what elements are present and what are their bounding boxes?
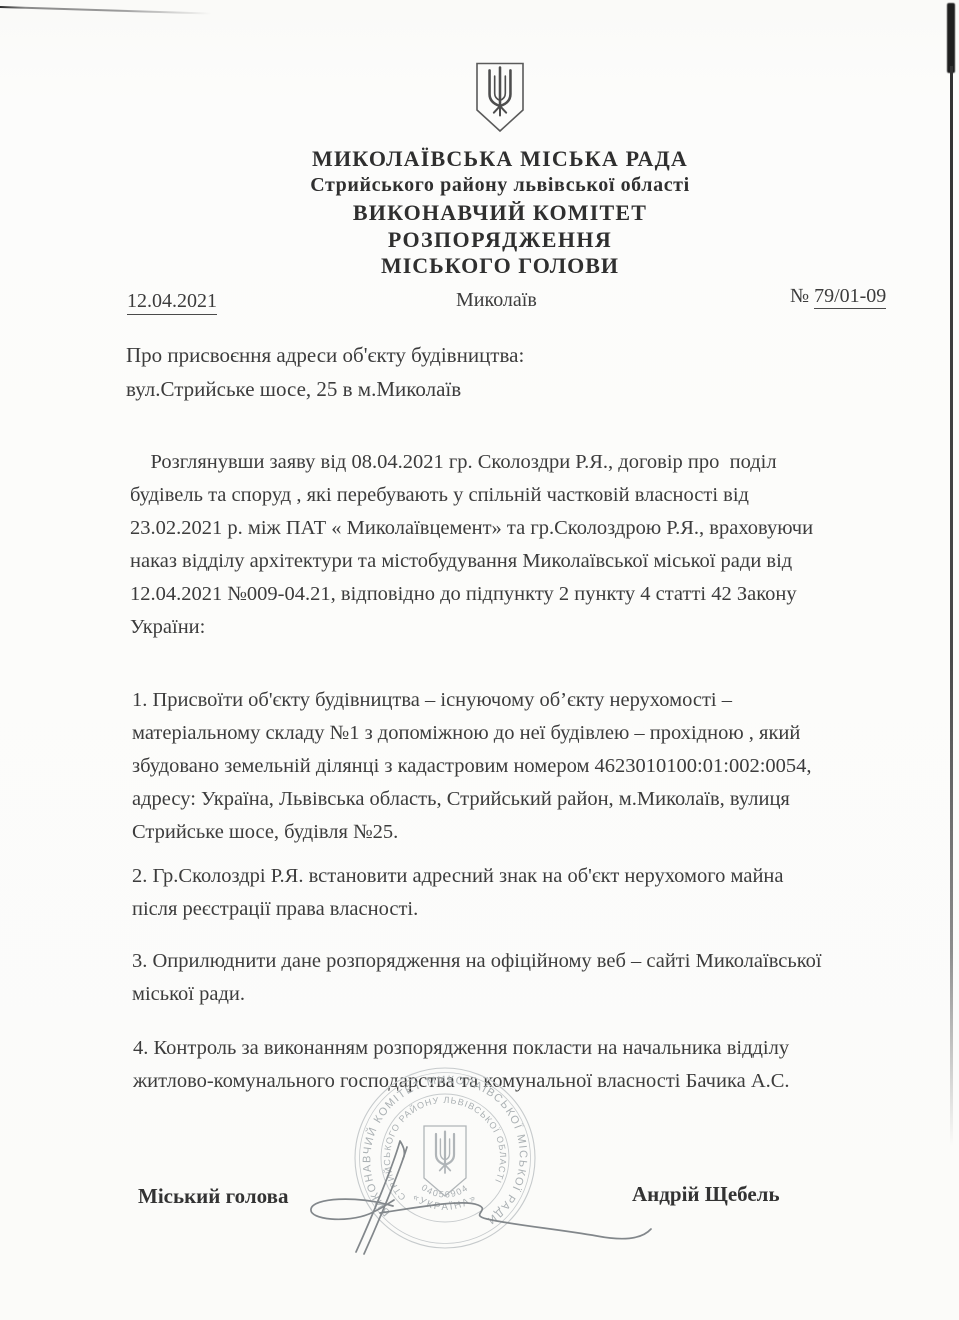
scan-artifact-top-line bbox=[0, 6, 212, 15]
text-line: 12.04.2021 №009-04.21, відповідно до під… bbox=[130, 578, 813, 611]
stamp-inner-circle bbox=[381, 1094, 509, 1222]
doc-date: 12.04.2021 bbox=[127, 290, 217, 315]
text-line: Стрийське шосе, будівля №25. bbox=[132, 816, 812, 849]
tryzub-icon bbox=[490, 68, 511, 116]
coat-of-arms-emblem bbox=[468, 60, 532, 138]
text-line: збудовано земельній ділянці з кадастрови… bbox=[132, 750, 812, 783]
doc-type: РОЗПОРЯДЖЕННЯ bbox=[20, 227, 959, 253]
stamp-shield-outline bbox=[424, 1126, 466, 1196]
doc-number-prefix: № bbox=[790, 285, 814, 307]
text-line: 2. Гр.Сколоздрі Р.Я. встановити адресний… bbox=[132, 860, 784, 893]
signer-name: Андрій Щебель bbox=[632, 1182, 780, 1207]
item-1-paragraph: 1. Присвоїти об'єкту будівництва – існую… bbox=[132, 684, 812, 849]
text-line: 3. Оприлюднити дане розпорядження на офі… bbox=[132, 945, 822, 978]
item-4-paragraph: 4. Контроль за виконанням розпорядження … bbox=[133, 1032, 790, 1098]
signer-title: Міський голова bbox=[138, 1184, 288, 1209]
stamp-outer-circle-2 bbox=[360, 1073, 531, 1244]
doc-number: № 79/01-09 bbox=[790, 285, 886, 308]
text-line: 4. Контроль за виконанням розпорядження … bbox=[133, 1032, 790, 1065]
text-line: 23.02.2021 р. між ПАТ « Миколаївцемент» … bbox=[130, 512, 813, 545]
text-line: будівель та споруд , які перебувають у с… bbox=[130, 479, 813, 512]
org-name: МИКОЛАЇВСЬКА МІСЬКА РАДА bbox=[20, 146, 959, 172]
text-line: 1. Присвоїти об'єкту будівництва – існую… bbox=[132, 684, 812, 717]
stamp-and-signature-overlay: ВИКОНАВЧИЙ КОМІТЕТ МИКОЛАЇВСЬКОЇ МІСЬКОЇ… bbox=[0, 0, 959, 1320]
org-body: ВИКОНАВЧИЙ КОМІТЕТ bbox=[20, 200, 959, 226]
item-3-paragraph: 3. Оприлюднити дане розпорядження на офі… bbox=[132, 945, 822, 1011]
handwritten-signature bbox=[311, 1141, 651, 1254]
text-line: після реєстрації права власності. bbox=[132, 893, 784, 926]
text-line: житлово-комунального господарства та ком… bbox=[133, 1065, 790, 1098]
text-line: наказ відділу архітектури та містобудува… bbox=[130, 545, 813, 578]
doc-number-value: 79/01-09 bbox=[814, 285, 886, 309]
scan-artifact-corner-bar bbox=[947, 3, 955, 73]
preamble-paragraph: Розглянувши заяву від 08.04.2021 гр. Ско… bbox=[130, 446, 813, 644]
text-line: адресу: Україна, Львівська область, Стри… bbox=[132, 783, 812, 816]
text-line: матеріальному складу №1 з допоміжною до … bbox=[132, 717, 812, 750]
stamp-inner-text: СТРИЙСЬКОГО РАЙОНУ ЛЬВІВСЬКОЇ ОБЛАСТІ bbox=[382, 1095, 509, 1202]
document-page: МИКОЛАЇВСЬКА МІСЬКА РАДА Стрийського рай… bbox=[0, 0, 959, 1320]
subject-block: Про присвоєння адреси об'єкту будівництв… bbox=[126, 338, 524, 406]
text-line: міської ради. bbox=[132, 978, 822, 1011]
text-line: Про присвоєння адреси об'єкту будівництв… bbox=[126, 338, 524, 372]
org-region: Стрийського району львівської області bbox=[20, 174, 959, 197]
stamp-tryzub-icon bbox=[436, 1132, 454, 1173]
doc-author: МІСЬКОГО ГОЛОВИ bbox=[20, 253, 959, 279]
stamp-country-text: «УКРАЇНА» bbox=[410, 1192, 479, 1213]
doc-city: Миколаїв bbox=[456, 289, 537, 312]
text-line: вул.Стрийське шосе, 25 в м.Миколаїв bbox=[126, 372, 524, 406]
text-line: України: bbox=[130, 611, 813, 644]
item-2-paragraph: 2. Гр.Сколоздрі Р.Я. встановити адресний… bbox=[132, 860, 784, 926]
text-line: Розглянувши заяву від 08.04.2021 гр. Ско… bbox=[130, 446, 813, 479]
stamp-code: 04056904 bbox=[420, 1182, 471, 1199]
